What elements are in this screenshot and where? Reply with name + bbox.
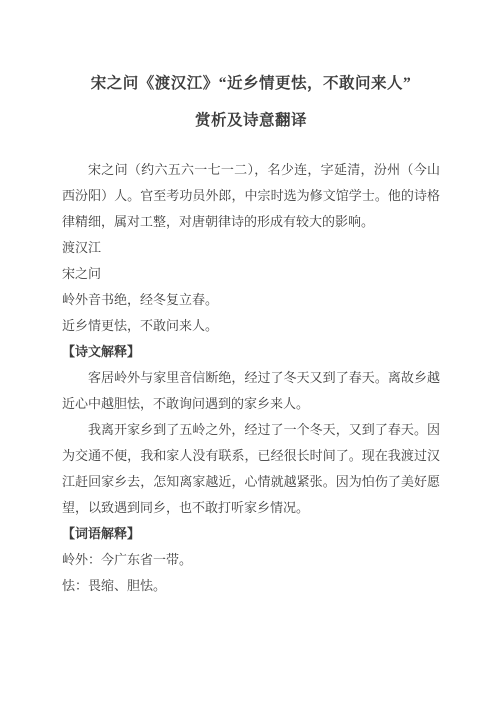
poem-title: 渡汉江: [62, 235, 440, 261]
document-title: 宋之问《渡汉江》“近乡情更怯，不敢问来人” 赏析及诗意翻译: [62, 65, 440, 139]
poem-author: 宋之问: [62, 261, 440, 287]
title-line-2: 赏析及诗意翻译: [62, 102, 440, 139]
poem-verse-line: 近乡情更怯，不敢问来人。: [62, 313, 440, 339]
section-heading-poem-explanation: 【诗文解释】: [62, 339, 440, 365]
poem-verse-line: 岭外音书绝，经冬复立春。: [62, 287, 440, 313]
document-page: 宋之问《渡汉江》“近乡情更怯，不敢问来人” 赏析及诗意翻译 宋之问（约六五六一七…: [0, 0, 500, 708]
explanation-paragraph: 客居岭外与家里音信断绝，经过了冬天又到了春天。离故乡越近心中越胆怯，不敢询问遇到…: [62, 365, 440, 417]
section-heading-word-glossary: 【词语解释】: [62, 521, 440, 547]
glossary-entry: 岭外：今广东省一带。: [62, 547, 440, 573]
document-body: 宋之问（约六五六一七一二），名少连，字延清，汾州（今山西汾阳）人。官至考功员外郎…: [62, 157, 440, 599]
title-line-1: 宋之问《渡汉江》“近乡情更怯，不敢问来人”: [62, 65, 440, 102]
glossary-entry: 怯：畏缩、胆怯。: [62, 573, 440, 599]
author-intro-paragraph: 宋之问（约六五六一七一二），名少连，字延清，汾州（今山西汾阳）人。官至考功员外郎…: [62, 157, 440, 235]
explanation-paragraph: 我离开家乡到了五岭之外，经过了一个冬天，又到了春天。因为交通不便，我和家人没有联…: [62, 417, 440, 521]
